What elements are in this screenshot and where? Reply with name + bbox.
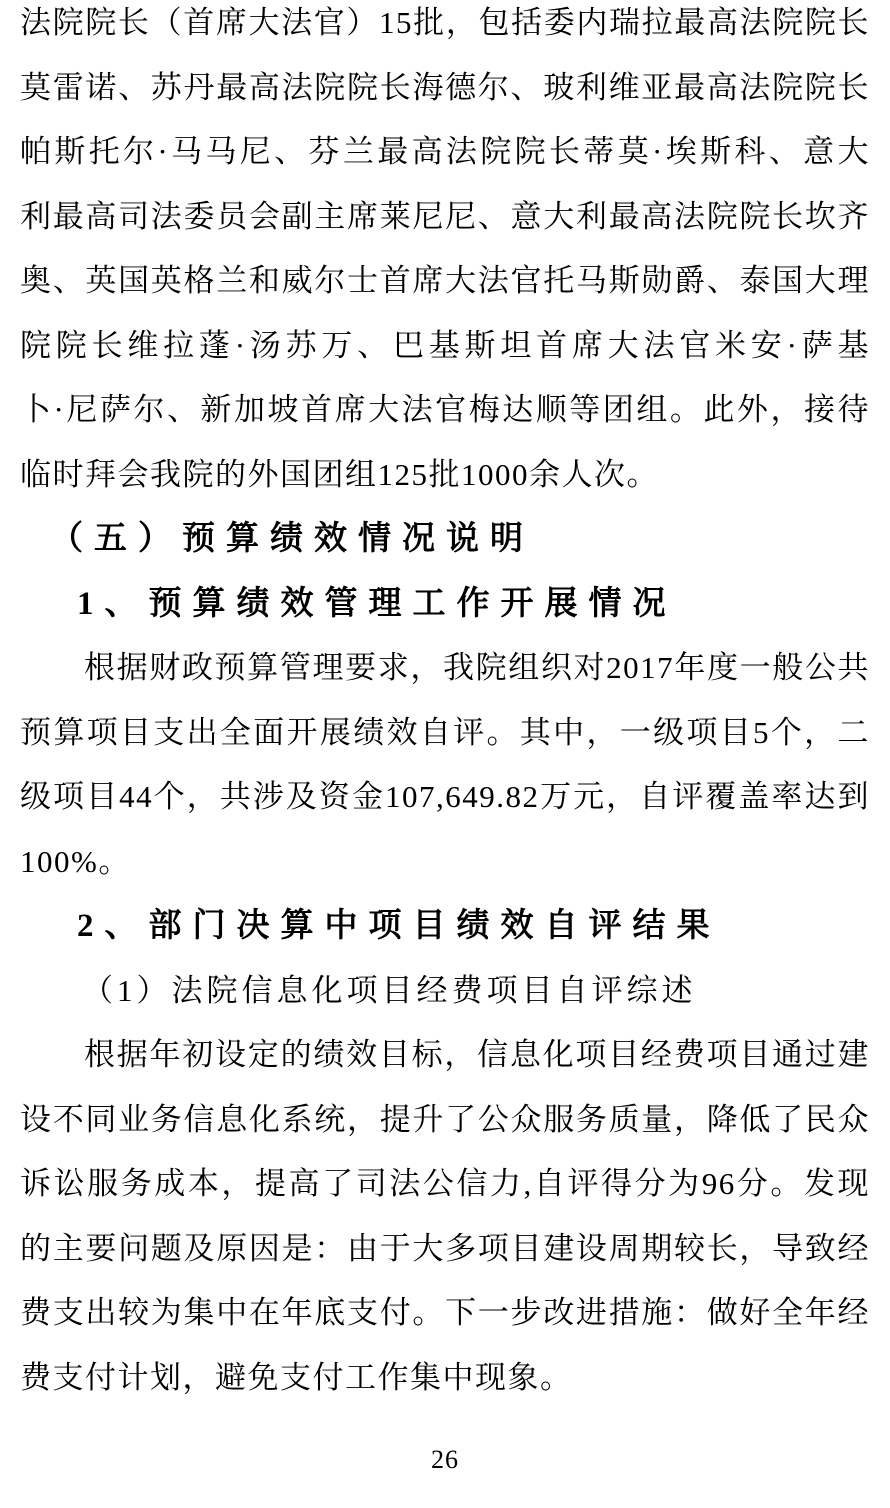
subsection-heading-2: 2、部门决算中项目绩效自评结果 — [20, 894, 870, 959]
body-line: 诉讼服务成本，提高了司法公信力,自评得分为96分。发现 — [20, 1152, 870, 1217]
body-line: 的主要问题及原因是：由于大多项目建设周期较长，导致经 — [20, 1217, 870, 1282]
body-line: 预算项目支出全面开展绩效自评。其中，一级项目5个，二 — [20, 701, 870, 766]
section-heading-5: （五）预算绩效情况说明 — [20, 507, 870, 572]
subsection-heading-1: 1、预算绩效管理工作开展情况 — [20, 572, 870, 637]
page-number: 26 — [0, 1440, 890, 1480]
document-page: 法院院长（首席大法官）15批，包括委内瑞拉最高法院院长 莫雷诺、苏丹最高法院院长… — [0, 0, 890, 1508]
body-line: 院院长维拉蓬·汤苏万、巴基斯坦首席大法官米安·萨基 — [20, 314, 870, 379]
text-block: 法院院长（首席大法官）15批，包括委内瑞拉最高法院院长 莫雷诺、苏丹最高法院院长… — [20, 0, 870, 1410]
body-line: 莫雷诺、苏丹最高法院院长海德尔、玻利维亚最高法院院长 — [20, 56, 870, 121]
body-line: 卜·尼萨尔、新加坡首席大法官梅达顺等团组。此外，接待 — [20, 378, 870, 443]
body-line: 根据财政预算管理要求，我院组织对2017年度一般公共 — [20, 636, 870, 701]
item-heading-1: （1）法院信息化项目经费项目自评综述 — [20, 959, 870, 1024]
body-line: 设不同业务信息化系统，提升了公众服务质量，降低了民众 — [20, 1088, 870, 1153]
body-line: 法院院长（首席大法官）15批，包括委内瑞拉最高法院院长 — [20, 0, 870, 56]
body-line: 级项目44个，共涉及资金107,649.82万元，自评覆盖率达到 — [20, 765, 870, 830]
body-line: 帕斯托尔·马马尼、芬兰最高法院院长蒂莫·埃斯科、意大 — [20, 120, 870, 185]
body-line: 100%。 — [20, 830, 870, 895]
body-line: 费支出较为集中在年底支付。下一步改进措施：做好全年经 — [20, 1281, 870, 1346]
body-line: 奥、英国英格兰和威尔士首席大法官托马斯勋爵、泰国大理 — [20, 249, 870, 314]
body-line: 临时拜会我院的外国团组125批1000余人次。 — [20, 443, 870, 508]
body-line: 利最高司法委员会副主席莱尼尼、意大利最高法院院长坎齐 — [20, 185, 870, 250]
body-line: 费支付计划，避免支付工作集中现象。 — [20, 1346, 870, 1411]
body-line: 根据年初设定的绩效目标，信息化项目经费项目通过建 — [20, 1023, 870, 1088]
